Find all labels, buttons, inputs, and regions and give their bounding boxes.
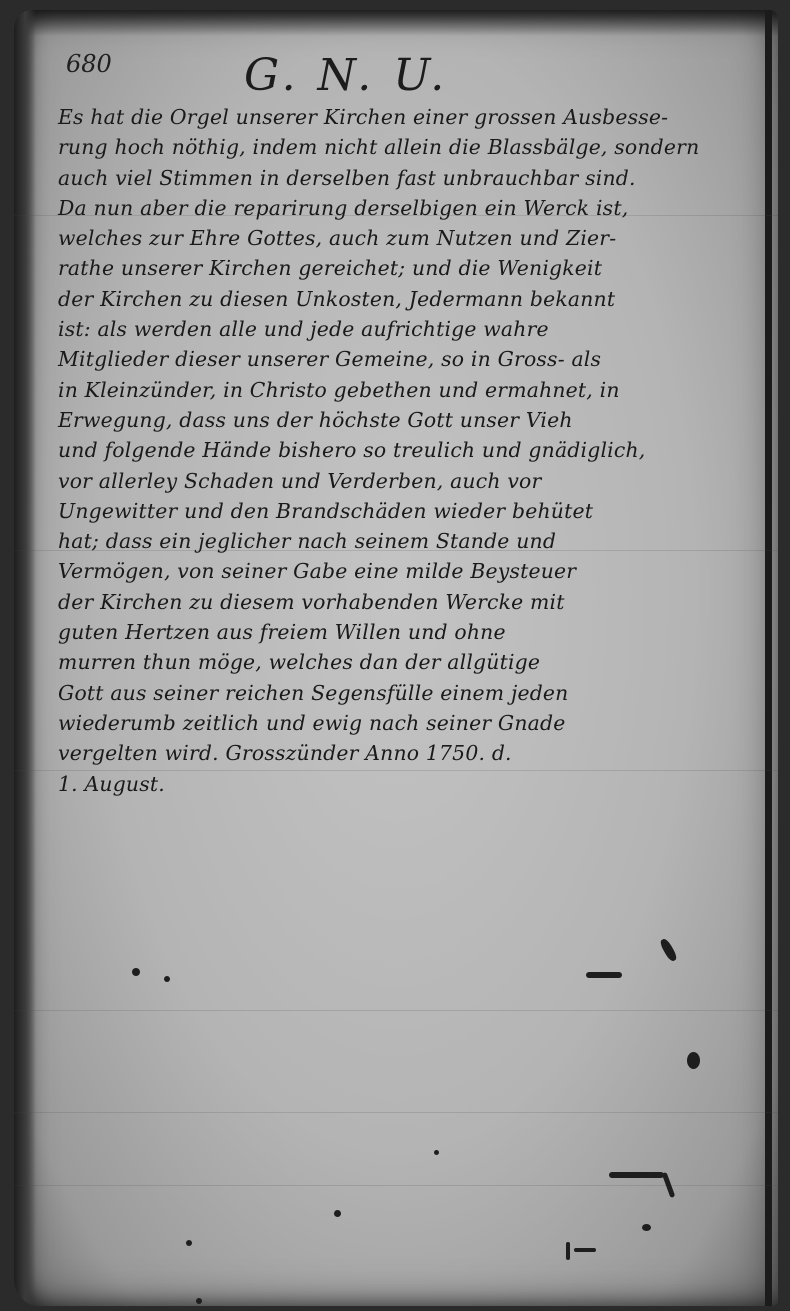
handwritten-body: Es hat die Orgel unserer Kirchen einer g… xyxy=(58,102,778,799)
text-line: in Kleinzünder, in Christo gebethen und … xyxy=(58,375,773,405)
text-line: Ungewitter und den Brandschäden wieder b… xyxy=(58,496,773,526)
ink-blot xyxy=(132,968,140,976)
page-heading: G. N. U. xyxy=(244,50,448,101)
text-line: der Kirchen zu diesem vorhabenden Wercke… xyxy=(58,587,773,617)
text-line: hat; dass ein jeglicher nach seinem Stan… xyxy=(58,526,773,556)
ink-blot xyxy=(687,1052,700,1069)
ink-blot xyxy=(659,937,679,962)
text-line: murren thun möge, welches dan der allgüt… xyxy=(58,647,773,677)
page-number: 680 xyxy=(66,50,112,78)
text-line: Vermögen, von seiner Gabe eine milde Bey… xyxy=(58,556,773,586)
text-line: Es hat die Orgel unserer Kirchen einer g… xyxy=(58,102,773,132)
text-line: welches zur Ehre Gottes, auch zum Nutzen… xyxy=(58,223,773,253)
text-line: rathe unserer Kirchen gereichet; und die… xyxy=(58,253,773,283)
text-line: vor allerley Schaden und Verderben, auch… xyxy=(58,466,773,496)
text-line: vergelten wird. Grosszünder Anno 1750. d… xyxy=(58,738,773,768)
text-line: ist: als werden alle und jede aufrichtig… xyxy=(58,314,773,344)
text-line: rung hoch nöthig, indem nicht allein die… xyxy=(58,132,773,162)
ink-blot xyxy=(609,1172,664,1178)
text-line: auch viel Stimmen in derselben fast unbr… xyxy=(58,163,773,193)
ink-blot xyxy=(186,1240,192,1246)
text-line: der Kirchen zu diesen Unkosten, Jederman… xyxy=(58,284,773,314)
text-line: wiederumb zeitlich und ewig nach seiner … xyxy=(58,708,773,738)
ink-blot xyxy=(164,976,170,982)
paper-ruling xyxy=(14,1010,778,1011)
text-line: Mitglieder dieser unserer Gemeine, so in… xyxy=(58,344,773,374)
ink-blot xyxy=(586,972,622,978)
ink-blot xyxy=(566,1242,570,1260)
text-line: Da nun aber die reparirung derselbigen e… xyxy=(58,193,773,223)
paper-ruling xyxy=(14,1112,778,1113)
text-line: und folgende Hände bishero so treulich u… xyxy=(58,435,773,465)
paper-ruling xyxy=(14,1185,778,1186)
ink-blot xyxy=(574,1248,596,1252)
ink-blot xyxy=(334,1210,341,1217)
ink-blot xyxy=(642,1224,651,1231)
text-line: Gott aus seiner reichen Segensfülle eine… xyxy=(58,678,773,708)
document-scan: 680 G. N. U. Es hat die Orgel unserer Ki… xyxy=(0,0,790,1311)
ink-blot xyxy=(196,1298,202,1304)
text-line: Erwegung, dass uns der höchste Gott unse… xyxy=(58,405,773,435)
manuscript-page: 680 G. N. U. Es hat die Orgel unserer Ki… xyxy=(14,10,778,1306)
page-top-shadow xyxy=(14,10,778,36)
ink-blot xyxy=(434,1150,439,1155)
text-line: guten Hertzen aus freiem Willen und ohne xyxy=(58,617,773,647)
text-line: 1. August. xyxy=(58,769,773,799)
